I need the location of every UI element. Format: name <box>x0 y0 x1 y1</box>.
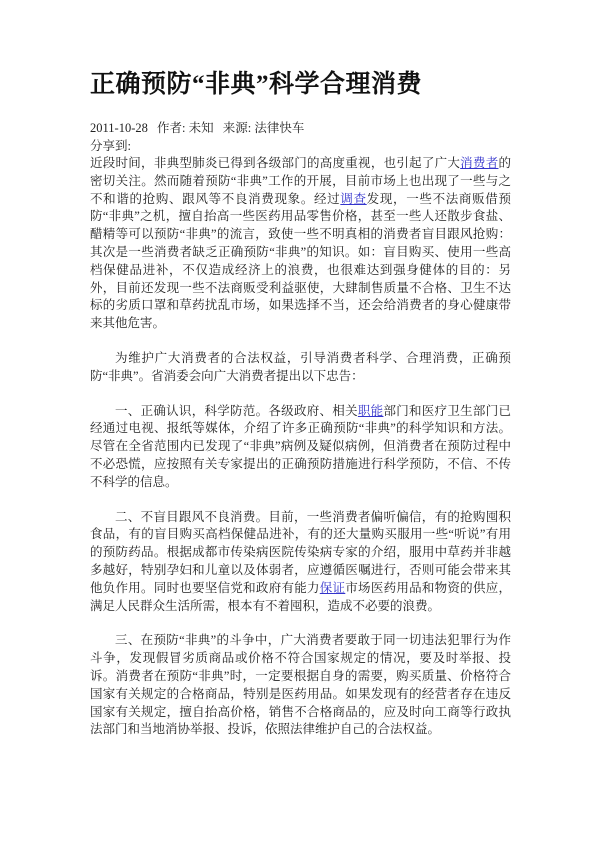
share-label: 分享到: <box>90 137 511 155</box>
paragraph: 近段时间，非典型肺炎已得到各级部门的高度重视，也引起了广大消费者的密切关注。然而… <box>90 155 511 333</box>
article-meta: 2011-10-28 作者: 未知 来源: 法律快车 <box>90 119 511 137</box>
paragraph: 三、在预防“非典”的斗争中，广大消费者要敢于同一切违法犯罪行为作斗争，发现假冒劣… <box>90 632 511 739</box>
text-run: 近段时间，非典型肺炎已得到各级部门的高度重视，也引起了广大 <box>90 156 460 170</box>
article-title: 正确预防“非典”科学合理消费 <box>90 0 511 100</box>
text-run: 三、在预防“非典”的斗争中，广大消费者要敢于同一切违法犯罪行为作斗争，发现假冒劣… <box>90 633 511 736</box>
inline-link[interactable]: 消费者 <box>460 156 498 170</box>
author-value: 未知 <box>189 121 214 135</box>
author-label: 作者: <box>157 121 185 135</box>
inline-link[interactable]: 职能 <box>358 404 384 418</box>
source-label: 来源: <box>223 121 251 135</box>
text-run: 发现，一些不法商贩借预防“非典”之机，擅自抬高一些医药用品零售价格，甚至一些人还… <box>90 192 511 331</box>
paragraph: 二、不盲目跟风不良消费。目前，一些消费者偏听偏信，有的抢购囤积食品，有的盲目购买… <box>90 509 511 616</box>
document-page: 正确预防“非典”科学合理消费 2011-10-28 作者: 未知 来源: 法律快… <box>0 0 595 842</box>
source-value: 法律快车 <box>254 121 304 135</box>
paragraph: 为维护广大消费者的合法权益，引导消费者科学、合理消费，正确预防“非典”。省消委会… <box>90 350 511 386</box>
paragraph: 一、正确认识，科学防范。各级政府、相关职能部门和医疗卫生部门已经通过电视、报纸等… <box>90 403 511 492</box>
inline-link[interactable]: 保证 <box>320 581 346 595</box>
inline-link[interactable]: 调查 <box>340 192 366 206</box>
text-run: 一、正确认识，科学防范。各级政府、相关 <box>115 404 358 418</box>
article-date: 2011-10-28 <box>90 121 148 135</box>
article-content: 正确预防“非典”科学合理消费 2011-10-28 作者: 未知 来源: 法律快… <box>90 0 511 739</box>
article-body: 近段时间，非典型肺炎已得到各级部门的高度重视，也引起了广大消费者的密切关注。然而… <box>90 155 511 739</box>
text-run: 为维护广大消费者的合法权益，引导消费者科学、合理消费，正确预防“非典”。省消委会… <box>90 351 511 383</box>
